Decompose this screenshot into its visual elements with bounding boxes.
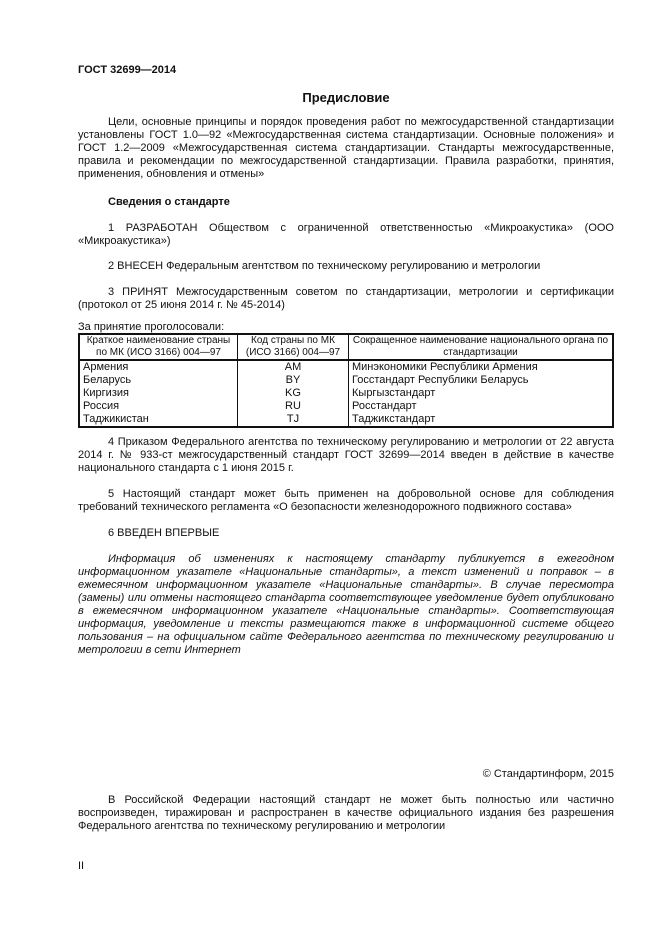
info-note: Информация об изменениях к настоящему ст… (78, 553, 614, 657)
country-code: KG (238, 387, 349, 400)
country-code: TJ (238, 413, 349, 427)
vote-label: За принятие проголосовали: (78, 321, 224, 333)
item-submitted: 2 ВНЕСЕН Федеральным агентством по техни… (78, 260, 614, 273)
table-row: Россия RU Росстандарт (79, 400, 613, 413)
item-adopted: 3 ПРИНЯТ Межгосударственным советом по с… (78, 286, 614, 312)
country-name: Россия (79, 400, 238, 413)
standards-body: Кыргызстандарт (349, 387, 614, 400)
table-header-row: Краткое наименование страны по МК (ИСО 3… (79, 334, 613, 360)
intro-paragraph: Цели, основные принципы и порядок провед… (78, 116, 614, 181)
page-number: II (78, 860, 84, 872)
country-name: Киргизия (79, 387, 238, 400)
section-heading: Сведения о стандарте (78, 196, 614, 209)
table-row: Беларусь BY Госстандарт Республики Белар… (79, 374, 613, 387)
table-row: Армения AM Минэкономики Республики Армен… (79, 360, 613, 374)
header-country-name: Краткое наименование страны по МК (ИСО 3… (79, 334, 238, 360)
standards-body: Минэкономики Республики Армения (349, 360, 614, 374)
item-first-introduced: 6 ВВЕДЕН ВПЕРВЫЕ (78, 527, 614, 540)
header-country-code: Код страны по МК (ИСО 3166) 004—97 (238, 334, 349, 360)
vote-table: Краткое наименование страны по МК (ИСО 3… (78, 333, 614, 428)
standards-body: Росстандарт (349, 400, 614, 413)
country-name: Армения (79, 360, 238, 374)
rights-notice: В Российской Федерации настоящий стандар… (78, 794, 614, 833)
standards-body: Таджикстандарт (349, 413, 614, 427)
item-enacted: 4 Приказом Федерального агентства по тех… (78, 436, 614, 475)
country-name: Беларусь (79, 374, 238, 387)
document-id: ГОСТ 32699—2014 (78, 64, 176, 76)
country-code: BY (238, 374, 349, 387)
table-row: Киргизия KG Кыргызстандарт (79, 387, 613, 400)
item-voluntary-use: 5 Настоящий стандарт может быть применен… (78, 488, 614, 514)
item-developed: 1 РАЗРАБОТАН Обществом с ограниченной от… (78, 222, 614, 248)
page-title: Предисловие (78, 90, 614, 105)
copyright: © Стандартинформ, 2015 (78, 768, 614, 780)
country-code: RU (238, 400, 349, 413)
country-name: Таджикистан (79, 413, 238, 427)
country-code: AM (238, 360, 349, 374)
standards-body: Госстандарт Республики Беларусь (349, 374, 614, 387)
header-standards-body: Сокращенное наименование национального о… (349, 334, 614, 360)
table-row: Таджикистан TJ Таджикстандарт (79, 413, 613, 427)
